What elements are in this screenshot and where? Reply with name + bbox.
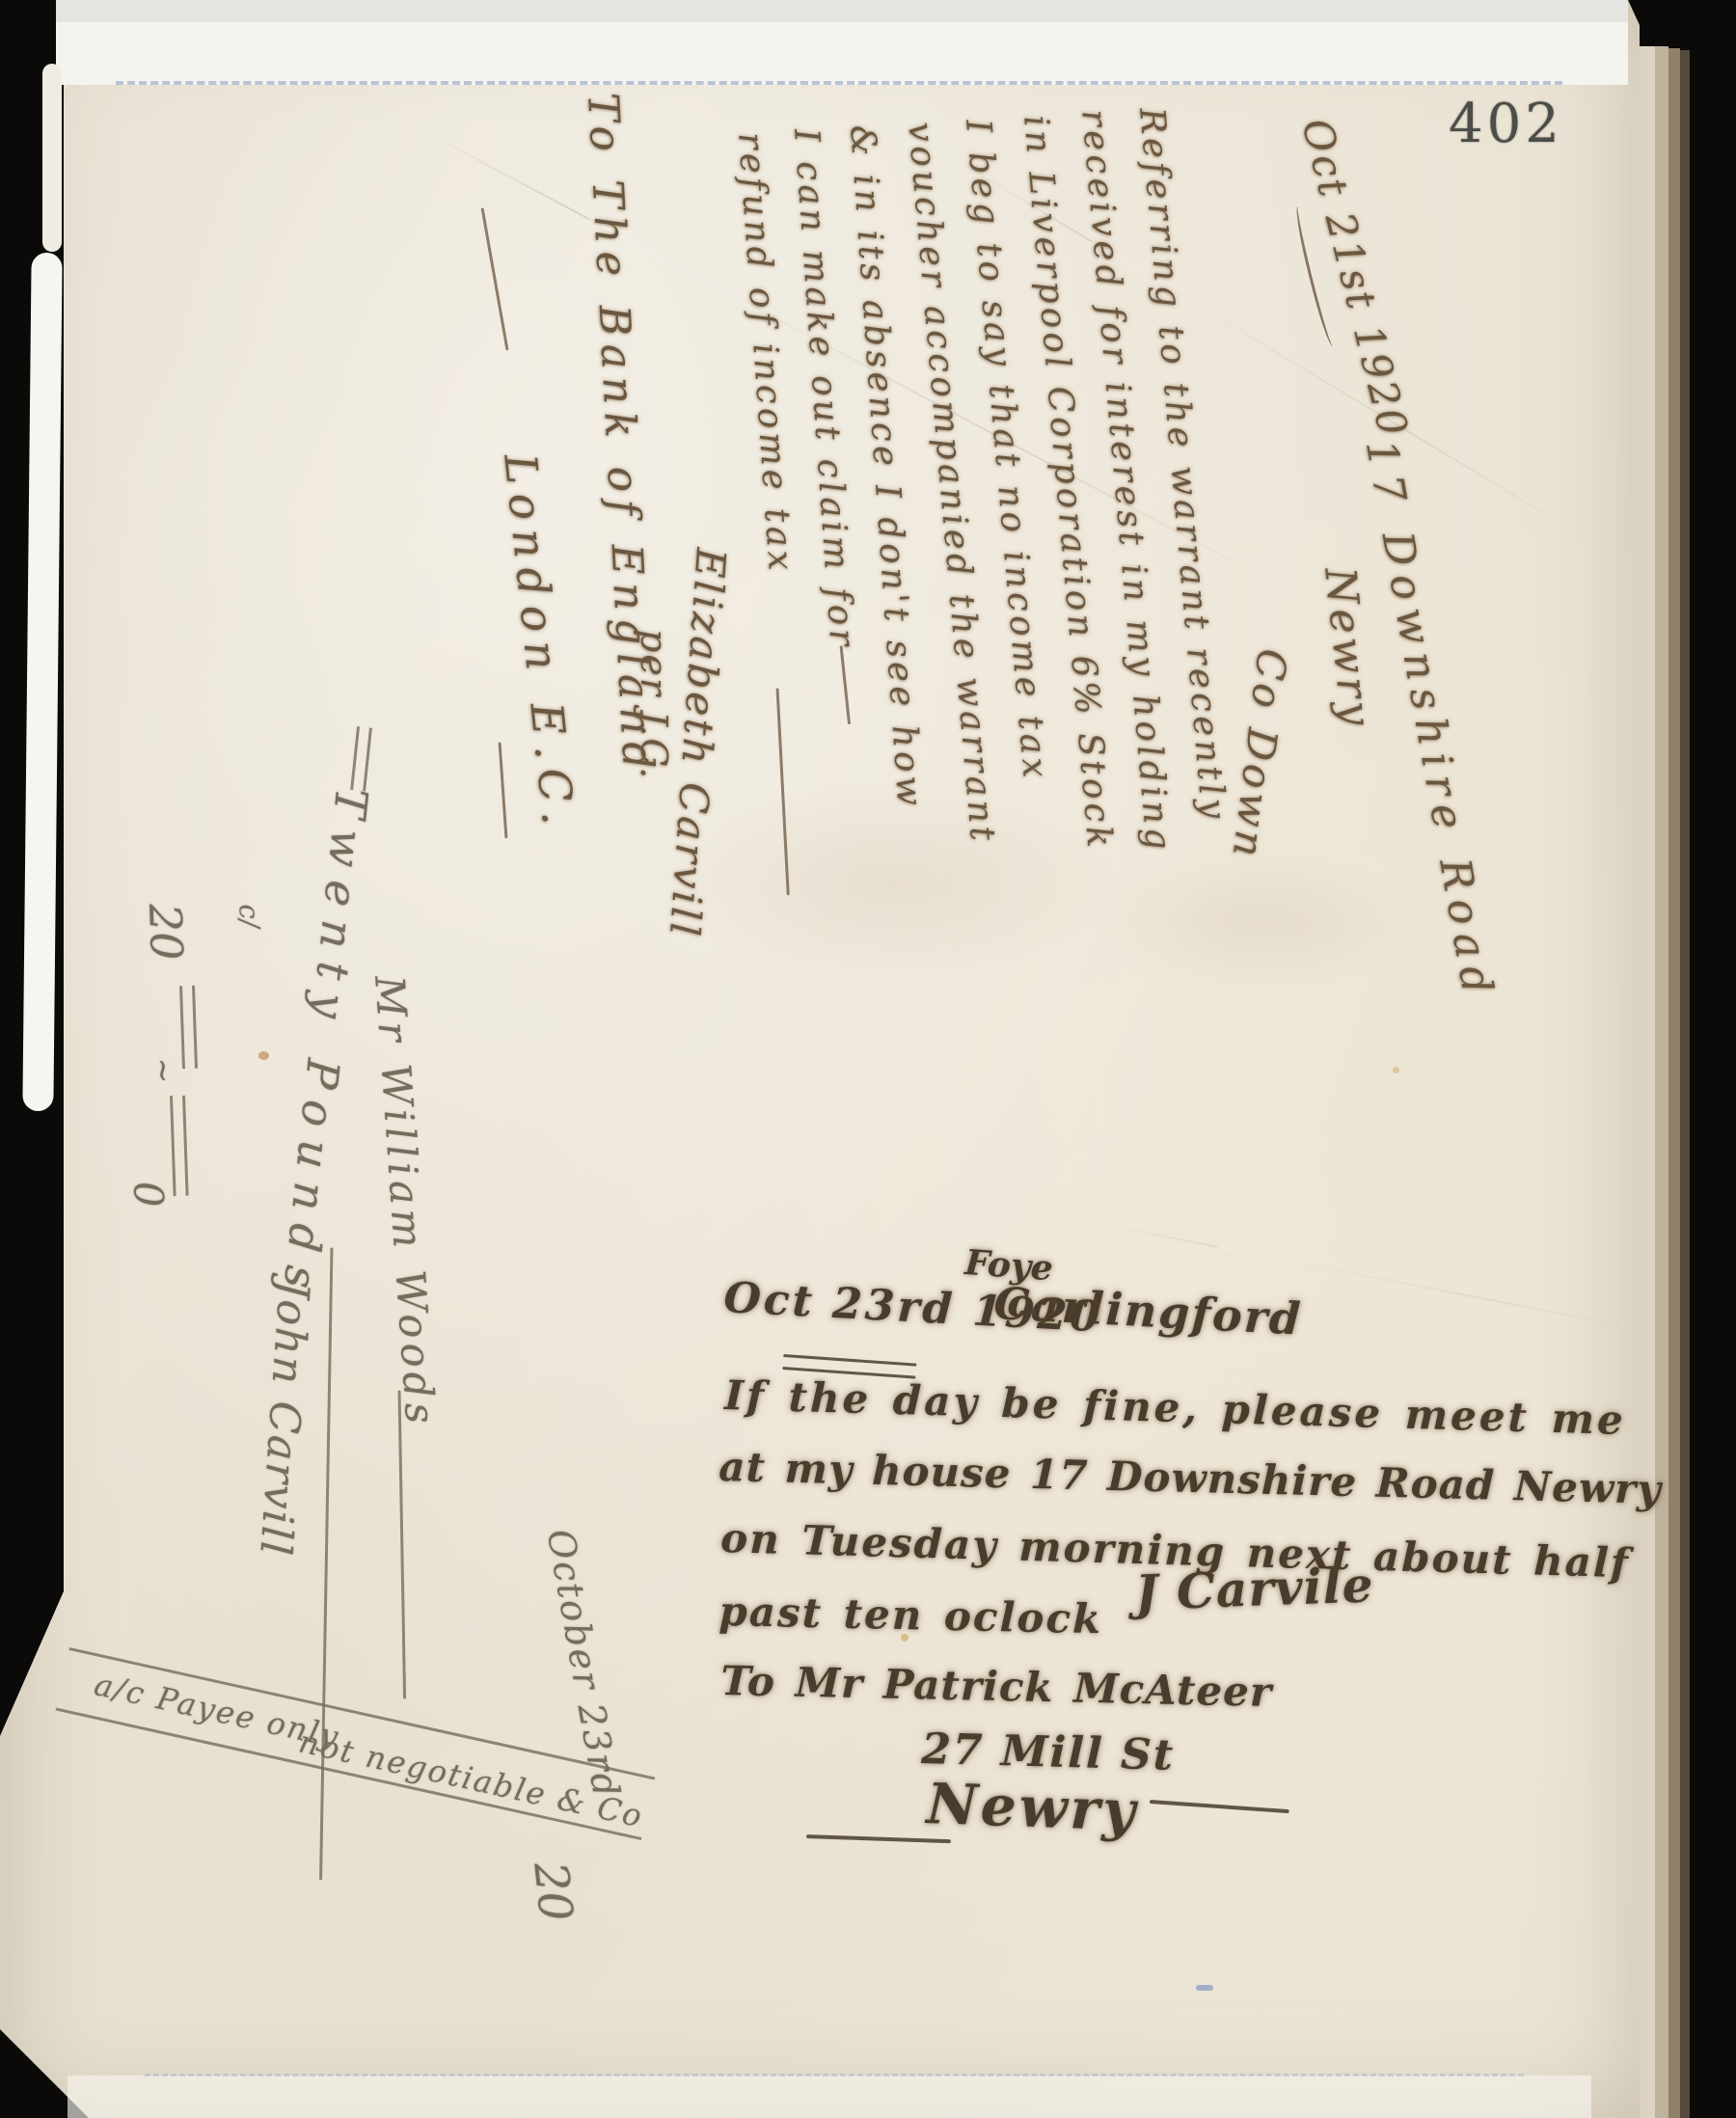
torn-edge-sliver-small — [42, 64, 62, 252]
page-stack-edge-4 — [1680, 50, 1690, 2118]
meeting-letter-signature: J Carvile — [1134, 1556, 1374, 1621]
cheque-figures-pounds: 20 — [139, 903, 193, 961]
page-stack-edge-3 — [1668, 48, 1680, 2118]
letterbook-scan: 402 Oct 21st 1920 17 Downshire Road Newr… — [0, 0, 1736, 2118]
torn-edge-sliver — [22, 253, 62, 1111]
meeting-letter-body-line4: past ten oclock — [719, 1588, 1103, 1643]
bottom-seam-marks — [145, 2074, 1524, 2077]
cheque-note: c/ — [232, 903, 266, 929]
ink-bleedthrough — [665, 781, 1119, 984]
underlying-page-edge — [56, 0, 1628, 85]
page-stack-edge-1 — [1640, 46, 1655, 2118]
page-number: 402 — [1449, 93, 1563, 155]
binding-seam-marks — [116, 81, 1562, 85]
ink-bleedthrough — [1099, 849, 1418, 993]
blue-speck — [1196, 1985, 1213, 1991]
cheque-figures-separator — [179, 986, 198, 1070]
cheque-figures-pence: 0 — [124, 1181, 173, 1208]
bottom-page-edge — [68, 2076, 1591, 2118]
cheque-figures-mid: ~ — [145, 1057, 182, 1084]
meeting-letter-addressee-town: Newry — [926, 1771, 1139, 1844]
page-stack-edge-2 — [1655, 46, 1668, 2118]
ink-stain — [1393, 1067, 1399, 1073]
ink-stain — [258, 1051, 269, 1060]
cheque-year: 20 — [523, 1860, 583, 1924]
